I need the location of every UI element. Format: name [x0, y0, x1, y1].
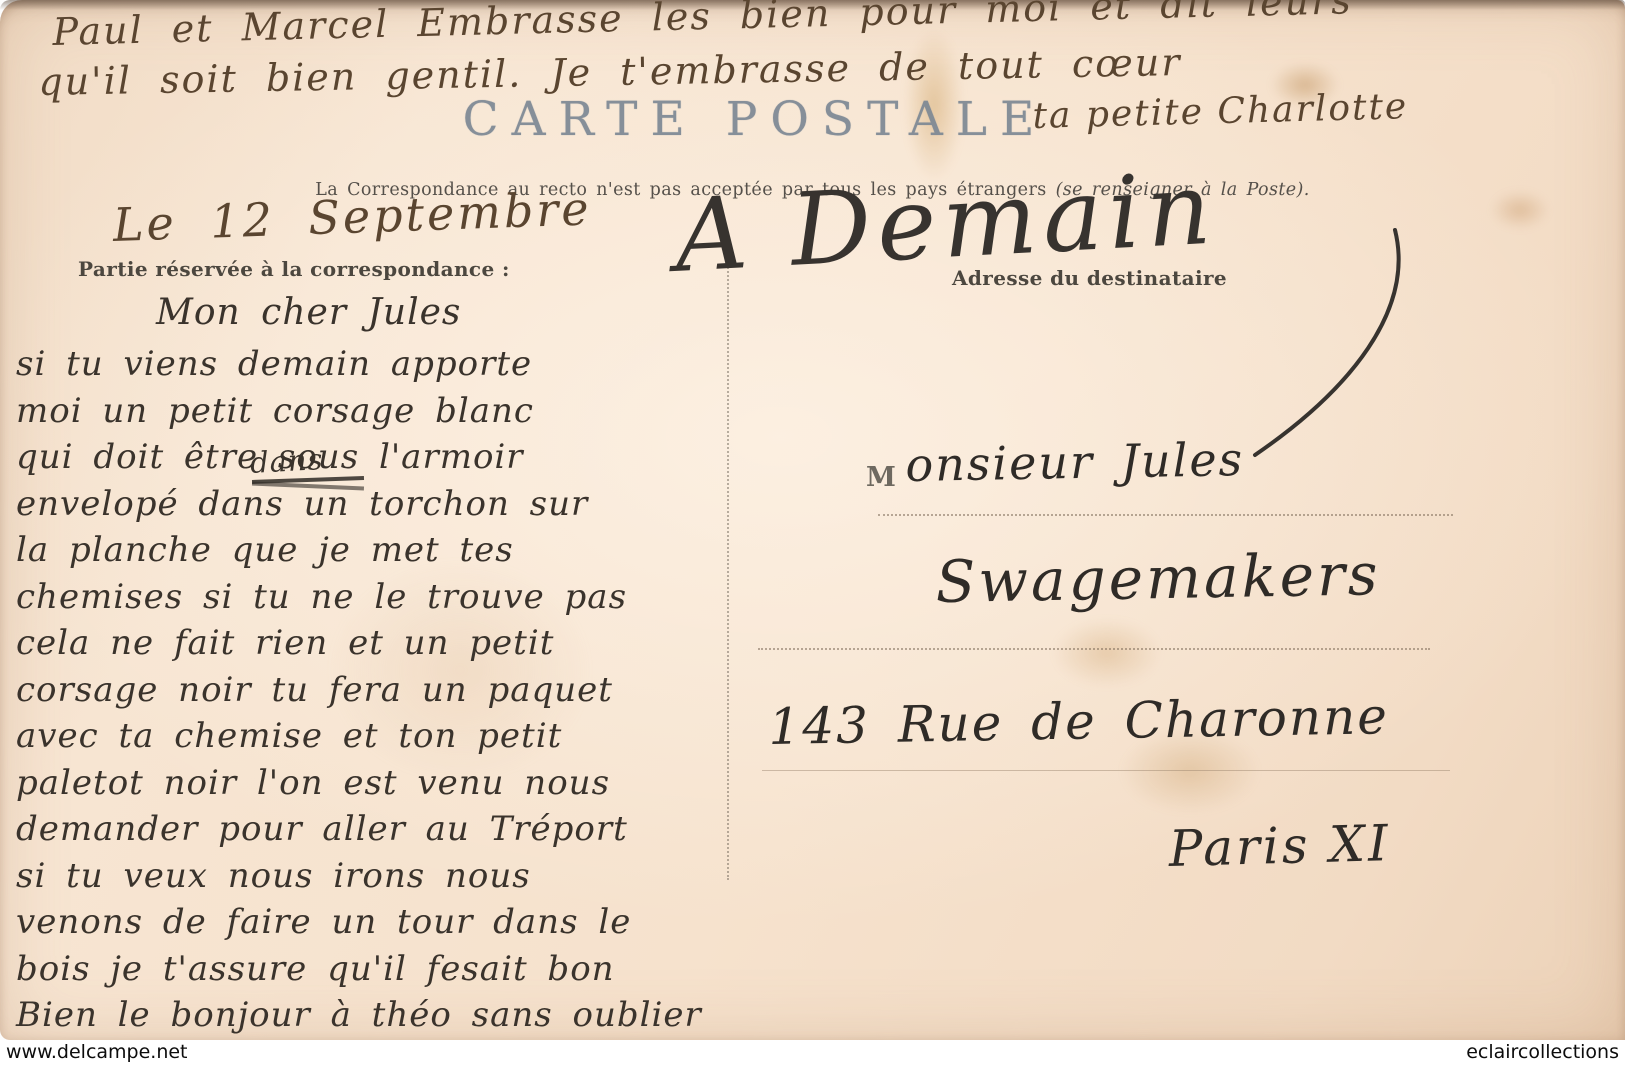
- correction-word: dans: [249, 442, 324, 480]
- message-line: chemises si tu ne le trouve pas: [16, 577, 746, 624]
- message-line: si tu veux nous irons nous: [16, 856, 746, 903]
- address-line-3: 143 Rue de Charonne: [768, 687, 1389, 756]
- message-line: envelopé dans un torchon sur: [16, 484, 746, 531]
- watermark-left: www.delcampe.net: [6, 1041, 188, 1063]
- address-line-1: onsieur Jules: [905, 432, 1245, 492]
- top-note-line-3: ta petite Charlotte: [1032, 86, 1409, 137]
- message-line: moi un petit corsage blanc: [16, 391, 746, 438]
- message-line: qui doit être sous l'armoir: [16, 437, 746, 484]
- address-dotted-line: [878, 514, 1453, 516]
- address-line-2: Swagemakers: [935, 540, 1381, 616]
- watermark-strip: www.delcampe.net eclaircollections: [0, 1040, 1625, 1066]
- message-line: cela ne fait rien et un petit: [16, 623, 746, 670]
- message-line: demander pour aller au Tréport: [16, 809, 746, 856]
- address-prefix-m: M: [866, 462, 896, 493]
- address-dotted-line: [758, 648, 1430, 650]
- message-salutation: Mon cher Jules: [16, 292, 746, 344]
- message-line: venons de faire un tour dans le: [16, 902, 746, 949]
- postcard-title: CARTE POSTALE: [455, 92, 1055, 147]
- paper-stain: [1052, 618, 1162, 688]
- message-line: si tu viens demain apporte: [16, 344, 746, 391]
- message-line: bois je t'assure qu'il fesait bon: [16, 949, 746, 996]
- message-line: avec ta chemise et ton petit: [16, 716, 746, 763]
- address-faint-line: [762, 770, 1450, 771]
- message-lines: si tu viens demain apportemoi un petit c…: [16, 344, 746, 1042]
- postcard-paper: Paul et Marcel Embrasse les bien pour mo…: [0, 0, 1625, 1040]
- message-line: Bien le bonjour à théo sans oublier: [16, 995, 746, 1042]
- correspondence-header: Partie réservée à la correspondance :: [78, 257, 510, 281]
- message-line: corsage noir tu fera un paquet: [16, 670, 746, 717]
- address-line-4: Paris XI: [1168, 814, 1391, 878]
- watermark-right: eclaircollections: [1466, 1041, 1619, 1063]
- message-line: paletot noir l'on est venu nous: [16, 763, 746, 810]
- message-column: Mon cher Jules si tu viens demain apport…: [16, 292, 746, 1042]
- message-line: la planche que je met tes: [16, 530, 746, 577]
